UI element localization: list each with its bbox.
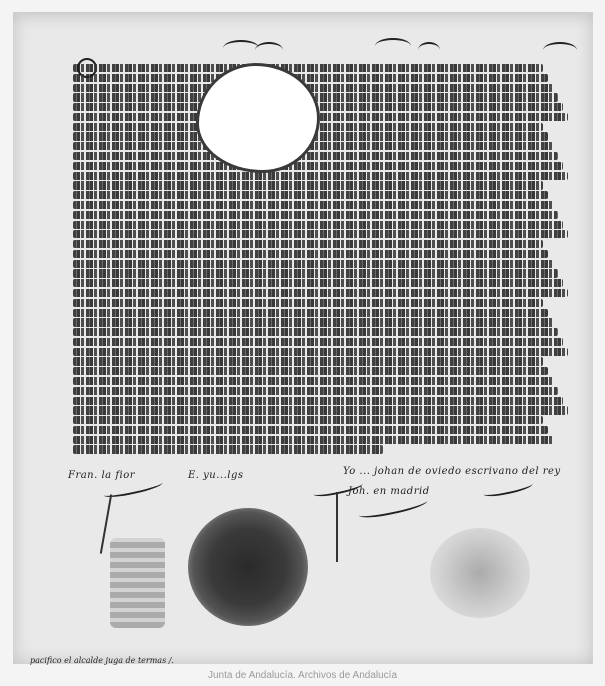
- signature-swash: [483, 479, 534, 499]
- manuscript-line: [73, 230, 568, 238]
- manuscript-line: [73, 250, 548, 258]
- top-flourish: [223, 40, 259, 56]
- manuscript-line: [73, 113, 568, 121]
- manuscript-line: [73, 299, 543, 307]
- signature-3: Yo ... johan de oviedo escrivano del rey: [343, 466, 561, 477]
- manuscript-line: [73, 279, 563, 287]
- manuscript-line: [73, 74, 548, 82]
- manuscript-line: [73, 397, 563, 405]
- manuscript-line: [73, 416, 543, 424]
- seal-stain-left: [110, 538, 165, 628]
- archive-watermark: Junta de Andalucía. Archivos de Andalucí…: [0, 670, 605, 681]
- manuscript-line: [73, 260, 553, 268]
- manuscript-line: [73, 318, 553, 326]
- manuscript-line: [73, 348, 568, 356]
- top-flourish: [375, 38, 411, 54]
- manuscript-line: [73, 377, 553, 385]
- manuscript-line: [73, 309, 548, 317]
- manuscript-line: [73, 191, 548, 199]
- top-flourish: [418, 42, 440, 58]
- manuscript-line: [73, 387, 558, 395]
- manuscript-line: [73, 162, 563, 170]
- manuscript-line: [73, 172, 568, 180]
- manuscript-line: [73, 64, 543, 72]
- wax-seal-center: [188, 508, 308, 626]
- manuscript-line: [73, 93, 558, 101]
- manuscript-line: [73, 269, 558, 277]
- signature-1: Fran. la fior: [68, 470, 135, 481]
- manuscript-line: [73, 445, 383, 453]
- manuscript-line: [73, 289, 568, 297]
- signature-4: Joh. en madrid: [348, 486, 430, 497]
- signature-2: E. yu...lgs: [188, 470, 244, 481]
- manuscript-line: [73, 181, 543, 189]
- parchment-hole: [199, 66, 317, 170]
- manuscript-line: [73, 152, 558, 160]
- seal-cord: [336, 492, 338, 562]
- manuscript-line: [73, 142, 553, 150]
- seal-stain-right: [430, 528, 530, 618]
- manuscript-line: [73, 201, 553, 209]
- signature-swash: [103, 478, 164, 500]
- manuscript-line: [73, 357, 543, 365]
- signature-swash: [358, 495, 429, 521]
- manuscript-line: [73, 84, 553, 92]
- manuscript-line: [73, 328, 558, 336]
- manuscript-line: [73, 338, 563, 346]
- top-flourish: [543, 42, 577, 58]
- footer-annotation: pacifico el alcalde juga de termas /.: [30, 656, 174, 665]
- manuscript-line: [73, 211, 558, 219]
- manuscript-line: [73, 406, 568, 414]
- manuscript-line: [73, 221, 563, 229]
- manuscript-text-block: [73, 64, 573, 455]
- top-flourish: [255, 42, 283, 58]
- manuscript-line: [73, 436, 553, 444]
- manuscript-line: [73, 426, 548, 434]
- manuscript-line: [73, 103, 563, 111]
- manuscript-line: [73, 367, 548, 375]
- manuscript-line: [73, 240, 543, 248]
